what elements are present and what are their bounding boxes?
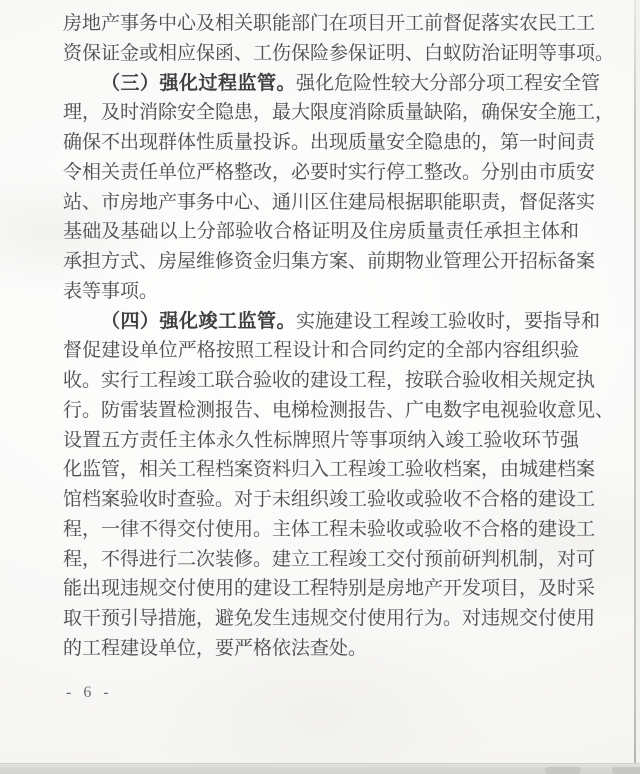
- document-line: 站、市房地产事务中心、通川区住建局根据职能职责，督促落实: [63, 188, 579, 218]
- paragraph-head: （三）强化过程监管。: [101, 73, 296, 94]
- document-line: （三）强化过程监管。强化危险性较大分部分项工程安全管: [63, 69, 579, 99]
- line-text: 督促建设单位严格按照工程设计和合同约定的全部内容组织验: [63, 340, 579, 361]
- line-text: 程，一律不得交付使用。主体工程未验收或验收不合格的建设工: [63, 519, 595, 540]
- document-line: 程，一律不得交付使用。主体工程未验收或验收不合格的建设工: [63, 515, 579, 545]
- line-text: 程，不得进行二次装修。建立工程竣工交付预前研判机制，对可: [63, 549, 595, 570]
- line-text: 馆档案验收时查验。对于未组织竣工验收或验收不合格的建设工: [63, 489, 595, 510]
- line-text: 取干预引导措施，避免发生违规交付使用行为。对违规交付使用: [63, 608, 595, 629]
- line-text: 设置五方责任主体永久性标牌照片等事项纳入竣工验收环节强: [63, 430, 579, 451]
- line-text: 站、市房地产事务中心、通川区住建局根据职能职责，督促落实: [63, 192, 595, 213]
- document-line: 理，及时消除安全隐患，最大限度消除质量缺陷，确保安全施工，: [63, 98, 579, 128]
- document-line: （四）强化竣工监管。实施建设工程竣工验收时，要指导和: [63, 307, 579, 337]
- document-line: 房地产事务中心及相关职能部门在项目开工前督促落实农民工工: [63, 9, 579, 39]
- line-text: 资保证金或相应保函、工伤保险参保证明、白蚁防治证明等事项。: [63, 43, 614, 64]
- line-text: 强化危险性较大分部分项工程安全管: [296, 73, 600, 94]
- document-line: 行。防雷装置检测报告、电梯检测报告、广电数字电视验收意见、: [63, 396, 579, 426]
- document-line: 程，不得进行二次装修。建立工程竣工交付预前研判机制，对可: [63, 545, 579, 575]
- line-text: 表等事项。: [63, 281, 158, 302]
- page-number: - 6 -: [66, 684, 113, 702]
- line-text: 令相关责任单位严格整改，必要时实行停工整改。分别由市质安: [63, 162, 595, 183]
- document-line: 取干预引导措施，避免发生违规交付使用行为。对违规交付使用: [63, 604, 579, 634]
- line-text: 能出现违规交付使用的建设工程特别是房地产开发项目，及时采: [63, 578, 595, 599]
- page-edge-highlight: [636, 0, 640, 765]
- line-text: 确保不出现群体性质量投诉。出现质量安全隐患的，第一时间责: [63, 132, 595, 153]
- paragraph-head: （四）强化竣工监管。: [101, 311, 296, 332]
- line-text: 房地产事务中心及相关职能部门在项目开工前督促落实农民工工: [63, 13, 595, 34]
- document-line: 确保不出现群体性质量投诉。出现质量安全隐患的，第一时间责: [63, 128, 579, 158]
- scanned-document-page: 房地产事务中心及相关职能部门在项目开工前督促落实农民工工 资保证金或相应保函、工…: [0, 0, 640, 774]
- document-line: 承担方式、房屋维修资金归集方案、前期物业管理公开招标备案: [63, 247, 579, 277]
- line-text: 化监管，相关工程档案资料归入工程竣工验收档案，由城建档案: [63, 459, 595, 480]
- line-text: 基础及基础以上分部验收合格证明及住房质量责任承担主体和: [63, 221, 579, 242]
- document-line: 的工程建设单位，要严格依法查处。: [63, 634, 579, 664]
- document-line: 能出现违规交付使用的建设工程特别是房地产开发项目，及时采: [63, 574, 579, 604]
- document-line: 督促建设单位严格按照工程设计和合同约定的全部内容组织验: [63, 336, 579, 366]
- line-text: 行。防雷装置检测报告、电梯检测报告、广电数字电视验收意见、: [63, 400, 614, 421]
- document-line: 收。实行工程竣工联合验收的建设工程，按联合验收相关规定执: [63, 366, 579, 396]
- document-line: 表等事项。: [63, 277, 579, 307]
- document-line: 资保证金或相应保函、工伤保险参保证明、白蚁防治证明等事项。: [63, 39, 579, 69]
- document-line: 基础及基础以上分部验收合格证明及住房质量责任承担主体和: [63, 217, 579, 247]
- page-edge-line: [634, 0, 636, 765]
- line-text: 承担方式、房屋维修资金归集方案、前期物业管理公开招标备案: [63, 251, 595, 272]
- document-line: 化监管，相关工程档案资料归入工程竣工验收档案，由城建档案: [63, 455, 579, 485]
- scan-artifact: [545, 767, 581, 774]
- scan-artifact: [612, 767, 640, 774]
- line-text: 收。实行工程竣工联合验收的建设工程，按联合验收相关规定执: [63, 370, 595, 391]
- line-text: 的工程建设单位，要严格依法查处。: [63, 638, 367, 659]
- line-text: 实施建设工程竣工验收时，要指导和: [296, 311, 600, 332]
- line-text: 理，及时消除安全隐患，最大限度消除质量缺陷，确保安全施工，: [63, 102, 614, 123]
- document-line: 馆档案验收时查验。对于未组织竣工验收或验收不合格的建设工: [63, 485, 579, 515]
- document-line: 令相关责任单位严格整改，必要时实行停工整改。分别由市质安: [63, 158, 579, 188]
- scanner-strip: [0, 763, 640, 774]
- document-line: 设置五方责任主体永久性标牌照片等事项纳入竣工验收环节强: [63, 426, 579, 456]
- document-text-block: 房地产事务中心及相关职能部门在项目开工前督促落实农民工工 资保证金或相应保函、工…: [63, 9, 579, 664]
